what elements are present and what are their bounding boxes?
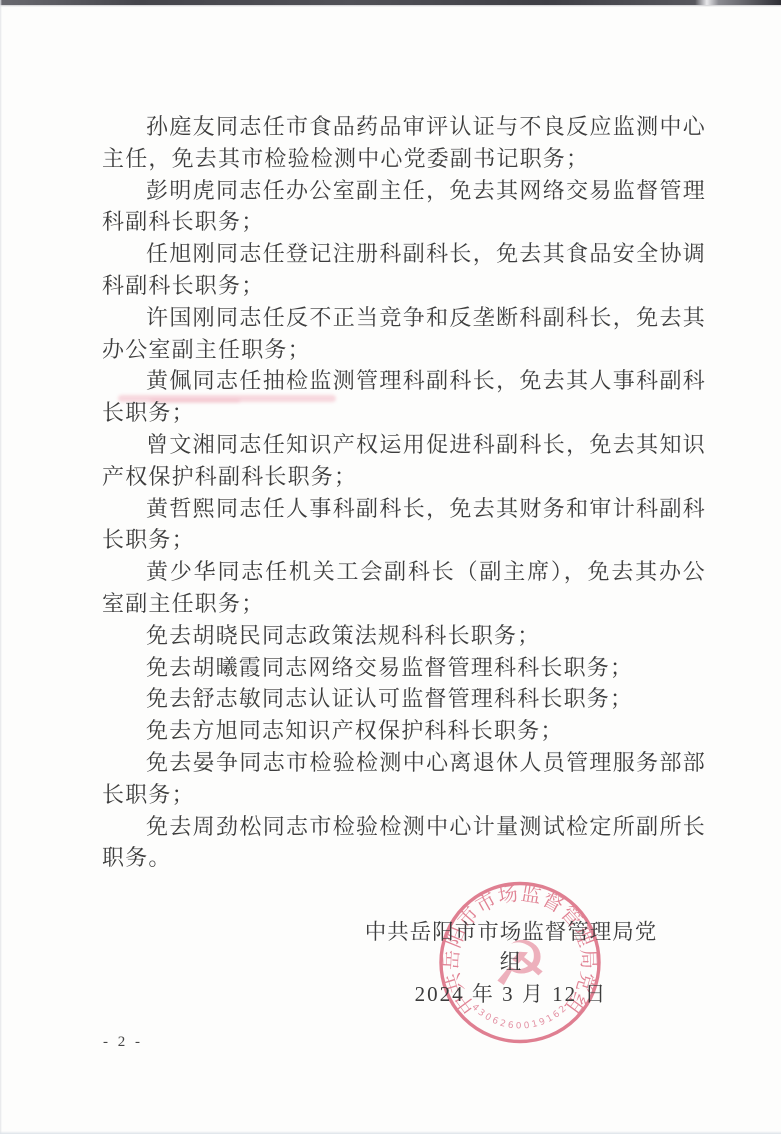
body-paragraph: 曾文湘同志任知识产权运用促进科副科长，免去其知识产权保护科副科长职务； <box>102 429 706 493</box>
body-paragraph: 免去晏争同志市检验检测中心离退休人员管理服务部部长职务； <box>102 747 706 811</box>
body-paragraph: 彭明虎同志任办公室副主任，免去其网络交易监督管理科副科长职务； <box>102 175 706 239</box>
scanner-edge-artifact-left <box>0 0 2 1134</box>
body-paragraph: 黄少华同志任机关工会副科长（副主席），免去其办公室副主任职务； <box>102 556 706 620</box>
body-paragraph: 黄哲熙同志任人事科副科长，免去其财务和审计科副科长职务； <box>102 493 706 557</box>
body-paragraph: 免去胡晓民同志政策法规科科长职务； <box>102 620 706 652</box>
body-paragraph: 许国刚同志任反不正当竞争和反垄断科副科长，免去其办公室副主任职务； <box>102 302 706 366</box>
body-paragraph: 免去舒志敏同志认证认可监督管理科科长职务； <box>102 683 706 715</box>
body-paragraph: 任旭刚同志任登记注册科副科长，免去其食品安全协调科副科长职务； <box>102 238 706 302</box>
body-paragraph: 黄佩同志任抽检监测管理科副科长，免去其人事科副科长职务； <box>102 365 706 429</box>
signature-date: 2024 年 3 月 12 日 <box>356 977 666 1011</box>
document-body: 孙庭友同志任市食品药品审评认证与不良反应监测中心主任，免去其市检验检测中心党委副… <box>102 111 706 874</box>
body-paragraph: 孙庭友同志任市食品药品审评认证与不良反应监测中心主任，免去其市检验检测中心党委副… <box>102 111 706 175</box>
scanner-edge-shadow <box>0 5 781 7</box>
page-number: - 2 - <box>103 1034 143 1051</box>
body-paragraph: 免去周劲松同志市检验检测中心计量测试检定所副所长职务。 <box>102 811 706 875</box>
body-paragraph: 免去胡曦霞同志网络交易监督管理科科长职务； <box>102 652 706 684</box>
body-paragraph: 免去方旭同志知识产权保护科科长职务； <box>102 715 706 747</box>
scanned-document-page: 孙庭友同志任市食品药品审评认证与不良反应监测中心主任，免去其市检验检测中心党委副… <box>0 0 781 1134</box>
signature-block: 中共岳阳市市场监督管理局党组 2024 年 3 月 12 日 <box>356 917 666 1011</box>
signature-organization: 中共岳阳市市场监督管理局党组 <box>356 917 666 977</box>
